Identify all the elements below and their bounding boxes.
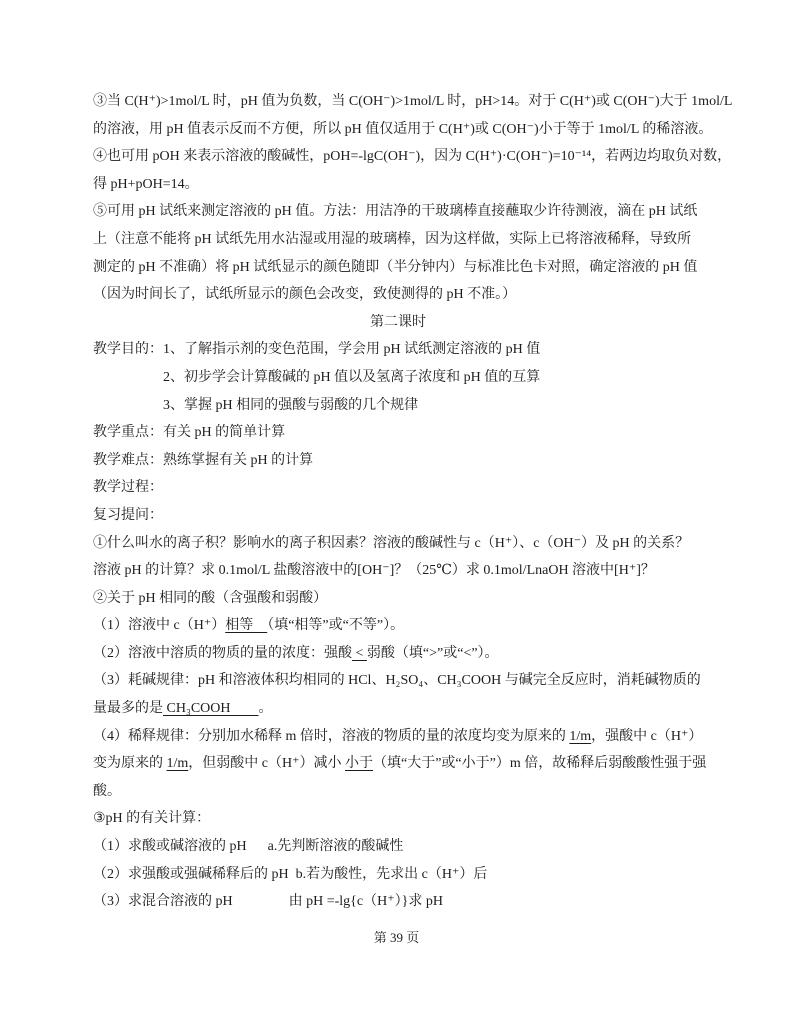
text-run: （因为时间长了，试纸所显示的颜色会改变，致使测得的 pH 不准。） (93, 287, 516, 302)
text-run: （2）求强酸或强碱稀释后的 pH (93, 867, 289, 882)
text-line: ③pH 的有关计算： (93, 805, 703, 833)
text-line: 3、掌握 pH 相同的强酸与弱酸的几个规律 (93, 392, 703, 420)
text-run: a.先判断溶液的酸碱性 (268, 839, 404, 854)
text-run: 测定的 pH 不准确）将 pH 试纸显示的颜色随即（半分钟内）与标准比色卡对照，… (93, 260, 697, 275)
text-run: 溶液 pH 的计算？求 0.1mol/L 盐酸溶液中的[OH⁻]？（25℃）求 … (93, 563, 655, 578)
document-page: ③当 C(H⁺)>1mol/L 时，pH 值为负数，当 C(OH⁻)>1mol/… (0, 0, 793, 1020)
text-run: ③pH 的有关计算： (93, 811, 210, 826)
text-line: 得 pH+pOH=14。 (93, 171, 703, 199)
text-run: ④也可用 pOH 来表示溶液的酸碱性，pOH=-lgC(OH⁻)，因为 C(H⁺… (93, 149, 731, 164)
text-line: 教学难点：熟练掌握有关 pH 的计算 (93, 447, 703, 475)
document-lines: ③当 C(H⁺)>1mol/L 时，pH 值为负数，当 C(OH⁻)>1mol/… (93, 88, 703, 916)
text-run: （3）耗碱规律：pH 和溶液体积均相同的 HCl、H₂SO₄、CH₃COOH 与… (93, 673, 701, 688)
text-line: 变为原来的 1/m，但弱酸中 c（H⁺）减小 小于（填“大于”或“小于”）m 倍… (93, 750, 703, 778)
text-line: ②关于 pH 相同的酸（含强酸和弱酸） (93, 585, 703, 613)
text-run: 弱酸（填“>”或“<”）。 (367, 646, 499, 661)
text-line: 的溶液，用 pH 值表示反而不方便，所以 pH 值仅适用于 C(H⁺)或 C(O… (93, 116, 703, 144)
fill-in-blank-answer: 相等 (225, 618, 267, 633)
text-run: （填“大于”或“小于”）m 倍，故稀释后弱酸酸性强于强 (373, 756, 706, 771)
text-line: （1）溶液中 c（H⁺）相等 （填“相等”或“不等”）。 (93, 612, 703, 640)
text-run: 得 pH+pOH=14。 (93, 177, 199, 192)
text-run: （1）溶液中 c（H⁺） (93, 618, 225, 633)
fill-in-blank-answer: 小于 (345, 756, 373, 771)
text-run: 3、掌握 pH 相同的强酸与弱酸的几个规律 (163, 398, 418, 413)
text-line: （1）求酸或碱溶液的 pH a.先判断溶液的酸碱性 (93, 833, 703, 861)
text-run: （3）求混合溶液的 pH (93, 894, 233, 909)
text-line: 上（注意不能将 pH 试纸先用水沾湿或用湿的玻璃棒，因为这样做，实际上已将溶液稀… (93, 226, 703, 254)
text-line: （3）求混合溶液的 pH 由 pH =-lg{c（H⁺）}求 pH (93, 888, 703, 916)
text-line: 教学目的：1、了解指示剂的变色范围，学会用 pH 试纸测定溶液的 pH 值 (93, 336, 703, 364)
text-run: 由 pH =-lg{c（H⁺）}求 pH (289, 894, 443, 909)
text-line: （因为时间长了，试纸所显示的颜色会改变，致使测得的 pH 不准。） (93, 281, 703, 309)
text-line: （3）耗碱规律：pH 和溶液体积均相同的 HCl、H₂SO₄、CH₃COOH 与… (93, 667, 703, 695)
text-line: （2）求强酸或强碱稀释后的 pH b.若为酸性，先求出 c（H⁺）后 (93, 861, 703, 889)
fill-in-blank-answer: < (352, 646, 367, 661)
text-run: 教学目的：1、了解指示剂的变色范围，学会用 pH 试纸测定溶液的 pH 值 (93, 342, 540, 357)
text-line: 教学过程： (93, 474, 703, 502)
text-line: 复习提问： (93, 502, 703, 530)
text-run: 酸。 (93, 784, 121, 799)
text-run: 的溶液，用 pH 值表示反而不方便，所以 pH 值仅适用于 C(H⁺)或 C(O… (93, 122, 712, 137)
text-line: 溶液 pH 的计算？求 0.1mol/L 盐酸溶液中的[OH⁻]？（25℃）求 … (93, 557, 703, 585)
text-run: ，但弱酸中 c（H⁺）减小 (188, 756, 345, 771)
text-line: ④也可用 pOH 来表示溶液的酸碱性，pOH=-lgC(OH⁻)，因为 C(H⁺… (93, 143, 703, 171)
text-run: 变为原来的 (93, 756, 167, 771)
fill-in-blank-answer: CH₃COOH (163, 701, 259, 716)
text-run: （1）求酸或碱溶液的 pH (93, 839, 247, 854)
text-run: 2、初步学会计算酸碱的 pH 值以及氢离子浓度和 pH 值的互算 (163, 370, 540, 385)
text-run: （4）稀释规律：分别加水稀释 m 倍时，溶液的物质的量的浓度均变为原来的 (93, 729, 569, 744)
text-run: 。 (259, 701, 273, 716)
text-run: 教学过程： (93, 480, 163, 495)
text-run: 第二课时 (370, 315, 426, 330)
text-line: 教学重点：有关 pH 的简单计算 (93, 419, 703, 447)
text-line: ①什么叫水的离子积？影响水的离子积因素？溶液的酸碱性与 c（H⁺）、c（OH⁻）… (93, 530, 703, 558)
text-run: 教学难点：熟练掌握有关 pH 的计算 (93, 453, 313, 468)
text-run: 复习提问： (93, 508, 163, 523)
text-run: （2）溶液中溶质的物质的量的浓度：强酸 (93, 646, 352, 661)
text-run: b.若为酸性，先求出 c（H⁺）后 (296, 867, 488, 882)
text-run: ①什么叫水的离子积？影响水的离子积因素？溶液的酸碱性与 c（H⁺）、c（OH⁻）… (93, 536, 689, 551)
page-footer: 第 39 页 (0, 928, 793, 948)
text-run: ②关于 pH 相同的酸（含强酸和弱酸） (93, 591, 327, 606)
text-line: ⑤可用 pH 试纸来测定溶液的 pH 值。方法：用洁净的干玻璃棒直接蘸取少许待测… (93, 198, 703, 226)
text-run (233, 894, 289, 909)
text-line: 测定的 pH 不准确）将 pH 试纸显示的颜色随即（半分钟内）与标准比色卡对照，… (93, 254, 703, 282)
fill-in-blank-answer: 1/m (569, 729, 591, 744)
text-line: 酸。 (93, 778, 703, 806)
text-line: 量最多的是 CH₃COOH 。 (93, 695, 703, 723)
section-heading: 第二课时 (93, 309, 703, 337)
text-line: 2、初步学会计算酸碱的 pH 值以及氢离子浓度和 pH 值的互算 (93, 364, 703, 392)
text-line: （2）溶液中溶质的物质的量的浓度：强酸 < 弱酸（填“>”或“<”）。 (93, 640, 703, 668)
text-run: ⑤可用 pH 试纸来测定溶液的 pH 值。方法：用洁净的干玻璃棒直接蘸取少许待测… (93, 204, 697, 219)
text-run: 教学重点：有关 pH 的简单计算 (93, 425, 285, 440)
text-line: （4）稀释规律：分别加水稀释 m 倍时，溶液的物质的量的浓度均变为原来的 1/m… (93, 723, 703, 751)
text-run (247, 839, 268, 854)
text-run: 上（注意不能将 pH 试纸先用水沾湿或用湿的玻璃棒，因为这样做，实际上已将溶液稀… (93, 232, 691, 247)
text-run: 量最多的是 (93, 701, 163, 716)
text-run: ③当 C(H⁺)>1mol/L 时，pH 值为负数，当 C(OH⁻)>1mol/… (93, 94, 732, 109)
fill-in-blank-answer: 1/m (167, 756, 189, 771)
text-run: （填“相等”或“不等”）。 (267, 618, 404, 633)
text-run: ，强酸中 c（H⁺） (591, 729, 702, 744)
text-line: ③当 C(H⁺)>1mol/L 时，pH 值为负数，当 C(OH⁻)>1mol/… (93, 88, 703, 116)
text-run (289, 867, 296, 882)
